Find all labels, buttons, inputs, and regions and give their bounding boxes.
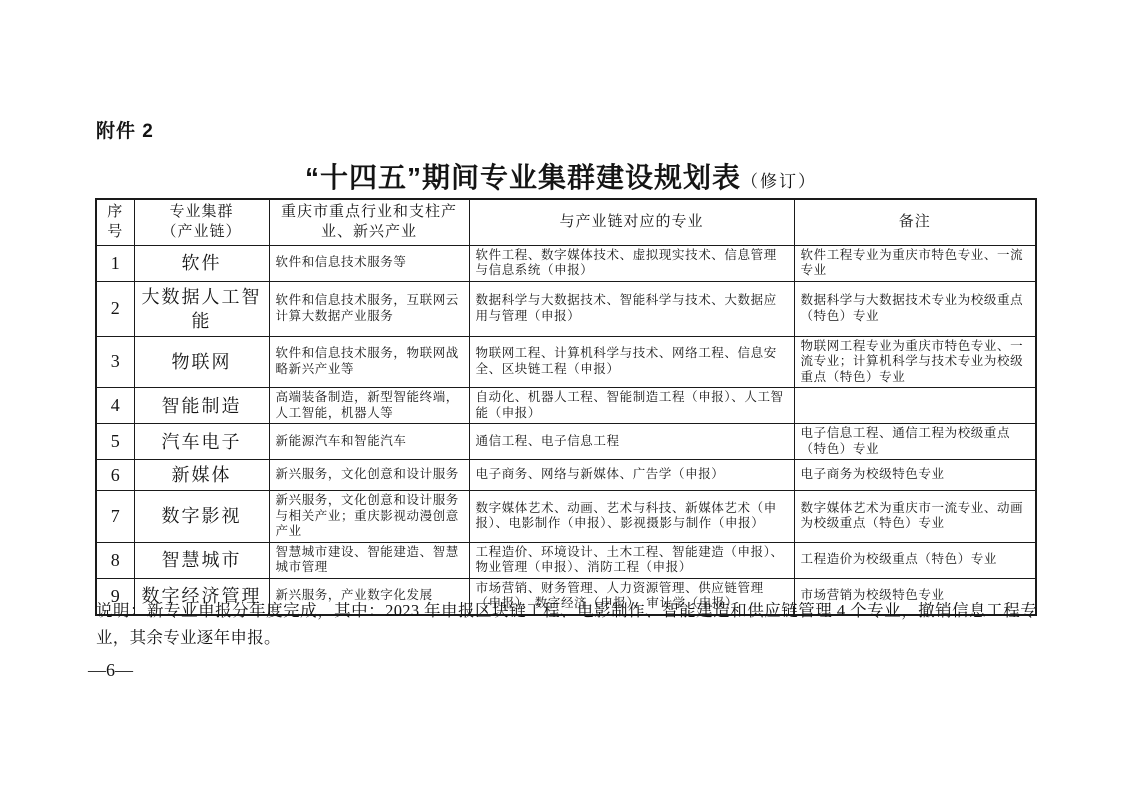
table-row: 3 物联网 软件和信息技术服务，物联网战略新兴产业等 物联网工程、计算机科学与技…	[96, 336, 1036, 388]
table-row: 7 数字影视 新兴服务，文化创意和设计服务与相关产业；重庆影视动漫创意产业 数字…	[96, 491, 1036, 543]
attachment-label: 附件 2	[96, 116, 154, 143]
seq-no-cell: 2	[96, 281, 134, 336]
industry-cell: 软件和信息技术服务，物联网战略新兴产业等	[269, 336, 469, 388]
cluster-cell: 软件	[134, 245, 269, 281]
page-title: “十四五”期间专业集群建设规划表	[305, 162, 741, 193]
majors-cell: 软件工程、数字媒体技术、虚拟现实技术、信息管理与信息系统（申报）	[469, 245, 794, 281]
cluster-cell: 智慧城市	[134, 542, 269, 578]
industry-cell: 高端装备制造，新型智能终端，人工智能，机器人等	[269, 388, 469, 424]
remark-cell: 数据科学与大数据技术专业为校级重点（特色）专业	[794, 281, 1036, 336]
remark-cell: 电子商务为校级特色专业	[794, 460, 1036, 491]
cluster-cell: 新媒体	[134, 460, 269, 491]
remark-cell: 软件工程专业为重庆市特色专业、一流专业	[794, 245, 1036, 281]
majors-cell: 数据科学与大数据技术、智能科学与技术、大数据应用与管理（申报）	[469, 281, 794, 336]
industry-cell: 新兴服务，文化创意和设计服务	[269, 460, 469, 491]
page-title-suffix: （修订）	[741, 172, 817, 191]
majors-cell: 数字媒体艺术、动画、艺术与科技、新媒体艺术（申报）、电影制作（申报）、影视摄影与…	[469, 491, 794, 543]
cluster-cell: 智能制造	[134, 388, 269, 424]
majors-cell: 通信工程、电子信息工程	[469, 424, 794, 460]
industry-cell: 软件和信息技术服务等	[269, 245, 469, 281]
header-cluster: 专业集群 （产业链）	[134, 199, 269, 245]
cluster-cell: 数字影视	[134, 491, 269, 543]
cluster-cell: 大数据人工智能	[134, 281, 269, 336]
industry-cell: 软件和信息技术服务，互联网云计算大数据产业服务	[269, 281, 469, 336]
header-seq-no: 序 号	[96, 199, 134, 245]
explanatory-note: 说明：新专业申报分年度完成，其中：2023 年申报区块链工程、电影制作、智能建造…	[96, 597, 1037, 651]
table-row: 5 汽车电子 新能源汽车和智能汽车 通信工程、电子信息工程 电子信息工程、通信工…	[96, 424, 1036, 460]
seq-no-cell: 5	[96, 424, 134, 460]
remark-cell: 数字媒体艺术为重庆市一流专业、动画为校级重点（特色）专业	[794, 491, 1036, 543]
title-row: “十四五”期间专业集群建设规划表（修订）	[0, 156, 1122, 196]
seq-no-cell: 7	[96, 491, 134, 543]
majors-cell: 物联网工程、计算机科学与技术、网络工程、信息安全、区块链工程（申报）	[469, 336, 794, 388]
seq-no-cell: 1	[96, 245, 134, 281]
remark-cell: 电子信息工程、通信工程为校级重点（特色）专业	[794, 424, 1036, 460]
table-row: 1 软件 软件和信息技术服务等 软件工程、数字媒体技术、虚拟现实技术、信息管理与…	[96, 245, 1036, 281]
header-majors: 与产业链对应的专业	[469, 199, 794, 245]
cluster-cell: 汽车电子	[134, 424, 269, 460]
header-remark: 备注	[794, 199, 1036, 245]
table-row: 8 智慧城市 智慧城市建设、智能建造、智慧城市管理 工程造价、环境设计、土木工程…	[96, 542, 1036, 578]
table-row: 2 大数据人工智能 软件和信息技术服务，互联网云计算大数据产业服务 数据科学与大…	[96, 281, 1036, 336]
header-industry: 重庆市重点行业和支柱产 业、新兴产业	[269, 199, 469, 245]
document-page: 附件 2 “十四五”期间专业集群建设规划表（修订） 序 号 专业集群 （产业链）…	[0, 0, 1122, 794]
industry-cell: 新能源汽车和智能汽车	[269, 424, 469, 460]
planning-table: 序 号 专业集群 （产业链） 重庆市重点行业和支柱产 业、新兴产业 与产业链对应…	[95, 198, 1037, 616]
seq-no-cell: 6	[96, 460, 134, 491]
page-number: —6—	[88, 660, 133, 681]
industry-cell: 新兴服务，文化创意和设计服务与相关产业；重庆影视动漫创意产业	[269, 491, 469, 543]
seq-no-cell: 8	[96, 542, 134, 578]
industry-cell: 智慧城市建设、智能建造、智慧城市管理	[269, 542, 469, 578]
cluster-cell: 物联网	[134, 336, 269, 388]
majors-cell: 电子商务、网络与新媒体、广告学（申报）	[469, 460, 794, 491]
majors-cell: 自动化、机器人工程、智能制造工程（申报）、人工智能（申报）	[469, 388, 794, 424]
seq-no-cell: 3	[96, 336, 134, 388]
table-row: 4 智能制造 高端装备制造，新型智能终端，人工智能，机器人等 自动化、机器人工程…	[96, 388, 1036, 424]
seq-no-cell: 4	[96, 388, 134, 424]
remark-cell: 物联网工程专业为重庆市特色专业、一流专业；计算机科学与技术专业为校级重点（特色）…	[794, 336, 1036, 388]
remark-cell	[794, 388, 1036, 424]
table-row: 6 新媒体 新兴服务，文化创意和设计服务 电子商务、网络与新媒体、广告学（申报）…	[96, 460, 1036, 491]
remark-cell: 工程造价为校级重点（特色）专业	[794, 542, 1036, 578]
table-header-row: 序 号 专业集群 （产业链） 重庆市重点行业和支柱产 业、新兴产业 与产业链对应…	[96, 199, 1036, 245]
majors-cell: 工程造价、环境设计、土木工程、智能建造（申报）、物业管理（申报）、消防工程（申报…	[469, 542, 794, 578]
